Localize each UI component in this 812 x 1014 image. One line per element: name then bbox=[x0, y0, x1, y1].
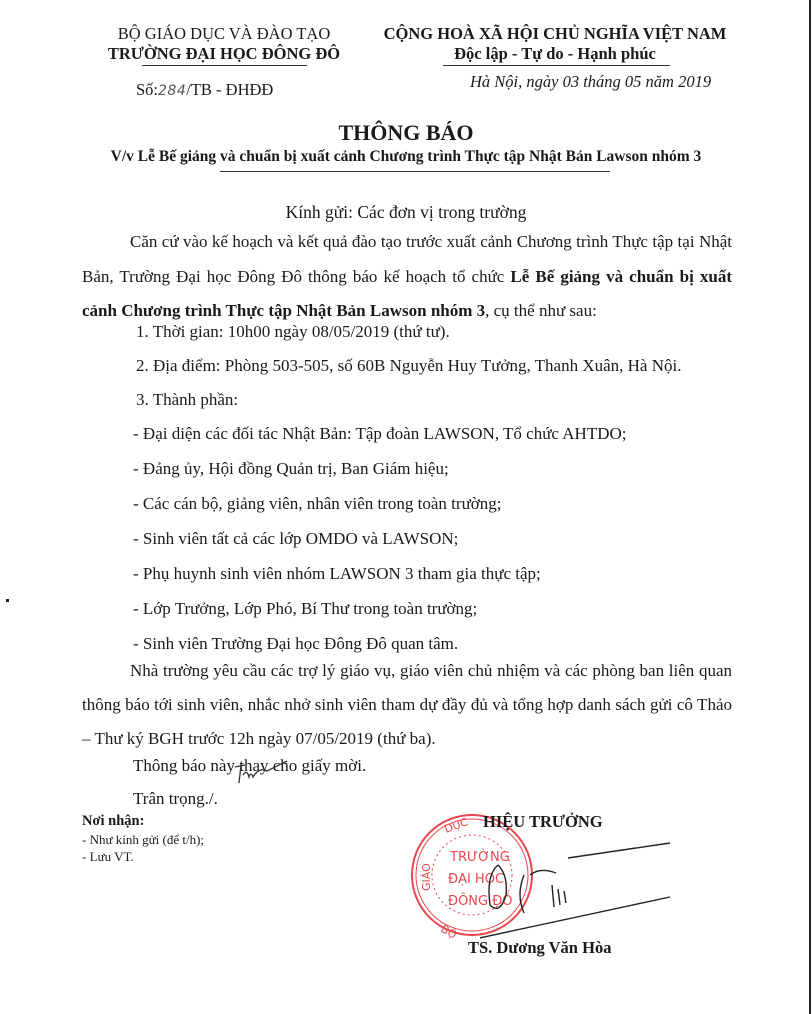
header-left-rule bbox=[142, 65, 307, 66]
handwritten-number: 284 bbox=[158, 83, 186, 99]
svg-text:GIÁO: GIÁO bbox=[420, 863, 433, 891]
item-time: 1. Thời gian: 10h00 ngày 08/05/2019 (thứ… bbox=[136, 322, 450, 342]
signer-name: TS. Dương Văn Hòa bbox=[468, 938, 611, 958]
participant-item: - Phụ huynh sinh viên nhóm LAWSON 3 tham… bbox=[133, 564, 541, 584]
ministry-name: BỘ GIÁO DỤC VÀ ĐÀO TẠO bbox=[100, 24, 348, 44]
intro-paragraph: Căn cứ vào kế hoạch và kết quả đào tạo t… bbox=[82, 225, 732, 329]
header-left: BỘ GIÁO DỤC VÀ ĐÀO TẠO TRƯỜNG ĐẠI HỌC ĐÔ… bbox=[100, 24, 348, 64]
participant-item: - Sinh viên Trường Đại học Đông Đô quan … bbox=[133, 634, 458, 654]
participant-item: - Đảng ủy, Hội đồng Quản trị, Ban Giám h… bbox=[133, 459, 449, 479]
scan-dot bbox=[6, 599, 9, 602]
header-right: CỘNG HOÀ XÃ HỘI CHỦ NGHĨA VIỆT NAM Độc l… bbox=[375, 24, 735, 64]
motto: Độc lập - Tự do - Hạnh phúc bbox=[375, 44, 735, 64]
issue-date: Hà Nội, ngày 03 tháng 05 năm 2019 bbox=[470, 72, 711, 92]
svg-text:BỘ: BỘ bbox=[439, 922, 460, 942]
reference-number: Số:284/TB - ĐHĐĐ bbox=[136, 80, 273, 100]
salutation: Kính gửi: Các đơn vị trong trường bbox=[0, 202, 812, 223]
school-name: TRƯỜNG ĐẠI HỌC ĐÔNG ĐÔ bbox=[100, 44, 348, 64]
participant-item: - Các cán bộ, giảng viên, nhân viên tron… bbox=[133, 494, 502, 514]
item-participants: 3. Thành phần: bbox=[136, 390, 238, 410]
nation-name: CỘNG HOÀ XÃ HỘI CHỦ NGHĨA VIỆT NAM bbox=[375, 24, 735, 44]
recipient-item: - Lưu VT. bbox=[82, 849, 134, 865]
header-right-rule bbox=[443, 65, 670, 66]
item-location: 2. Địa điểm: Phòng 503-505, số 60B Nguyễ… bbox=[136, 356, 681, 376]
document-subtitle: V/v Lễ Bế giảng và chuẩn bị xuất cảnh Ch… bbox=[0, 148, 812, 166]
document-title: THÔNG BÁO bbox=[0, 120, 812, 146]
regards: Trân trọng./. bbox=[133, 789, 218, 809]
initial-signature-icon bbox=[233, 757, 293, 787]
participant-item: - Đại diện các đối tác Nhật Bản: Tập đoà… bbox=[133, 424, 626, 444]
svg-text:DỤC: DỤC bbox=[443, 815, 470, 836]
participant-item: - Sinh viên tất cả các lớp OMDO và LAWSO… bbox=[133, 529, 458, 549]
participant-item: - Lớp Trưởng, Lớp Phó, Bí Thư trong toàn… bbox=[133, 599, 477, 619]
request-paragraph: Nhà trường yêu cầu các trợ lý giáo vụ, g… bbox=[82, 654, 732, 756]
subtitle-rule bbox=[220, 171, 610, 172]
recipient-item: - Như kính gửi (để t/h); bbox=[82, 832, 204, 848]
principal-signature-icon bbox=[480, 815, 710, 945]
signer-role: HIỆU TRƯỞNG bbox=[483, 812, 603, 832]
recipients-title: Nơi nhận: bbox=[82, 813, 144, 830]
